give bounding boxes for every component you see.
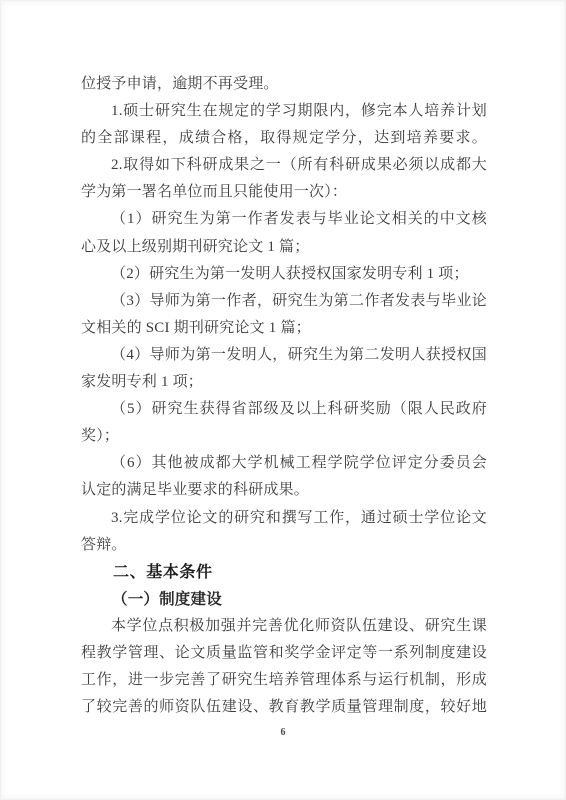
text-line: 家发明专利 1 项； [81, 369, 487, 396]
text-line: 学为第一署名单位而且只能使用一次）： [81, 179, 487, 206]
text-line: （5）研究生获得省部级及以上科研奖励（限人民政府 [81, 396, 487, 423]
text-line: 工作，进一步完善了研究生培养管理体系与运行机制，形成 [81, 667, 487, 694]
text-line: （3）导师为第一作者，研究生为第二作者发表与毕业论 [81, 288, 487, 315]
text-line: 3.完成学位论文的研究和撰写工作，通过硕士学位论文 [81, 505, 487, 532]
document-body-text: 位授予申请，逾期不再受理。1.硕士研究生在规定的学习期限内，修完本人培养计划的全… [81, 71, 487, 721]
text-line: 心及以上级别期刊研究论文 1 篇； [81, 234, 487, 261]
text-line: 文相关的 SCI 期刊研究论文 1 篇； [81, 315, 487, 342]
page-number-label: 6 [0, 727, 566, 738]
text-line: 答辩。 [81, 532, 487, 559]
text-line: （6）其他被成都大学机械工程学院学位评定分委员会 [81, 450, 487, 477]
text-line: 本学位点积极加强并完善优化师资队伍建设、研究生课 [81, 613, 487, 640]
text-line: （4）导师为第一发明人，研究生为第二发明人获授权国 [81, 342, 487, 369]
text-line: 认定的满足毕业要求的科研成果。 [81, 477, 487, 504]
text-line: 了较完善的师资队伍建设、教育教学质量管理制度，较好地 [81, 694, 487, 721]
text-line: 位授予申请，逾期不再受理。 [81, 71, 487, 98]
text-line: 2.取得如下科研成果之一（所有科研成果必须以成都大 [81, 152, 487, 179]
text-line: （一）制度建设 [81, 586, 487, 613]
text-line: 程教学管理、论文质量监管和奖学金评定等一系列制度建设 [81, 640, 487, 667]
text-line: （1）研究生为第一作者发表与毕业论文相关的中文核 [81, 206, 487, 233]
text-line: 二、基本条件 [81, 559, 487, 586]
text-line: 1.硕士研究生在规定的学习期限内，修完本人培养计划 [81, 98, 487, 125]
scanned-document-page: 位授予申请，逾期不再受理。1.硕士研究生在规定的学习期限内，修完本人培养计划的全… [0, 0, 566, 800]
text-line: 的全部课程，成绩合格，取得规定学分，达到培养要求。 [81, 125, 487, 152]
text-line: 奖）； [81, 423, 487, 450]
text-line: （2）研究生为第一发明人获授权国家发明专利 1 项； [81, 261, 487, 288]
